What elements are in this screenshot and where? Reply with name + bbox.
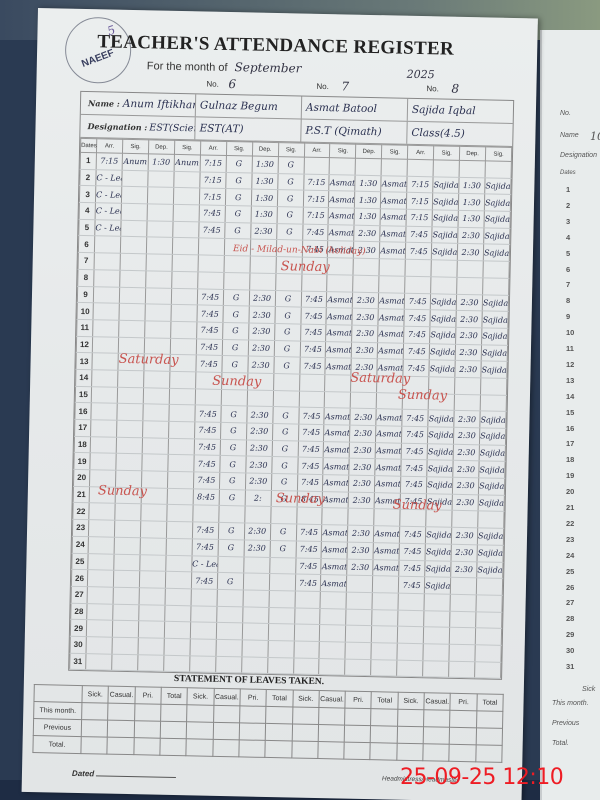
attendance-cell: Asmat [328,208,354,225]
leaves-cell [160,738,187,756]
attendance-cell [325,391,351,408]
attendance-cell [372,609,398,626]
leaves-cell [475,745,502,763]
attendance-cell: C - Leave - [96,169,122,186]
attendance-cell [268,640,294,657]
attendance-cell [113,587,139,604]
attendance-cell: Asmat [328,224,354,241]
attendance-cell [273,373,299,390]
attendance-grid: Name : Anum Iftikhar Gulnaz Begum Asmat … [68,91,514,680]
leaves-cell [161,704,188,722]
attendance-cell: 1:30 [148,154,174,171]
attendance-cell: G [225,206,251,223]
next-page-date-number: 18 [566,455,574,464]
attendance-cell [475,628,501,645]
attendance-cell: Sajida [477,528,503,545]
attendance-cell: 7:45 [194,455,220,472]
attendance-cell: Asmat [381,192,407,209]
designation-label: Designation : [84,121,147,132]
attendance-cell: 2:30 [249,306,275,323]
leaves-col-header: Pri. [240,689,267,707]
attendance-cell [296,507,322,524]
leaves-col-header: Total [371,692,398,710]
leaves-col-header: Sick. [398,692,425,710]
attendance-cell: Asmat [321,541,347,558]
attendance-cell: 7:45 [406,226,432,243]
attendance-cell [120,270,146,287]
attendance-cell: 2:30 [246,440,272,457]
attendance-cell: 7:45 [300,307,326,324]
attendance-cell: Sajida [425,544,451,561]
attendance-cell [454,394,480,411]
attendance-cell: 7:15 [407,193,433,210]
attendance-cell: 7:45 [191,572,217,589]
attendance-cell [197,272,223,289]
attendance-cell: 7:45 [400,526,426,543]
attendance-cell: 7:45 [301,291,327,308]
teacher-1-designation-cell: Designation : EST(Science) [80,115,194,139]
next-page-date-number: 26 [566,583,574,592]
attendance-cell [121,220,147,237]
attendance-cell: 7:45 [399,560,425,577]
attendance-cell: 7:45 [298,424,324,441]
attendance-cell: 2:30 [453,461,479,478]
attendance-cell: 1:30 [251,206,277,223]
attendance-cell [216,639,242,656]
attendance-cell: G [221,406,247,423]
attendance-cell: 2:30 [249,289,275,306]
attendance-cell: G [226,155,252,172]
leaves-cell [108,703,135,721]
attendance-cell: Asmat [376,426,402,443]
next-page-date-number: 21 [566,503,574,512]
attendance-cell: G [271,474,297,491]
attendance-cell: Sajida [478,478,504,495]
attendance-cell [476,595,502,612]
attendance-cell: Sajida [432,210,458,227]
attendance-cell [92,353,118,370]
attendance-cell: 7:15 [303,207,329,224]
attendance-cell: 7:45 [405,293,431,310]
attendance-cell: 7:45 [300,324,326,341]
attendance-cell [115,504,141,521]
attendance-cell [86,637,112,654]
attendance-cell: Sajida [433,193,459,210]
attendance-cell [247,390,273,407]
next-page-date-number: 10 [566,328,574,337]
attendance-cell [86,653,112,670]
attendance-cell: Asmat [326,341,352,358]
column-header-dep-t1: Dep. [148,140,174,155]
attendance-cell: 1:30 [251,189,277,206]
attendance-cell: Sajida [430,327,456,344]
attendance-cell: 2:30 [454,411,480,428]
date-cell: 3 [79,186,95,203]
date-cell: 7 [78,253,94,270]
next-page-date-number: 3 [566,217,570,226]
attendance-cell [86,620,112,637]
attendance-cell [116,454,142,471]
leaves-cell [212,739,239,757]
next-page-date-number: 16 [566,424,574,433]
attendance-cell [165,571,191,588]
attendance-cell [145,321,171,338]
attendance-cell [169,388,195,405]
leaves-cell [450,710,477,728]
attendance-cell: Sajida [425,577,451,594]
sunday-note-3: Sunday [398,388,447,404]
attendance-cell: 7:15 [303,190,329,207]
teacher-numbers: No. 6 No. 7 No. 8 [87,77,517,86]
leaves-cell [186,739,213,757]
teacher-1-designation: EST(Science) [149,122,195,134]
next-page-sick-label: Sick [582,686,595,693]
column-header-arr-t4: Arr. [408,145,434,160]
attendance-cell [90,436,116,453]
next-page-designation-label: Designation [560,152,597,159]
attendance-cell [424,610,450,627]
date-cell: 24 [72,536,88,553]
attendance-cell [91,386,117,403]
attendance-cell: G [222,356,248,373]
attendance-cell [116,437,142,454]
attendance-cell [294,624,320,641]
attendance-cell [88,520,114,537]
attendance-cell: 7:45 [404,309,430,326]
attendance-cell: 7:45 [192,539,218,556]
attendance-cell [169,405,195,422]
leaves-cell [291,741,318,759]
attendance-cell: 7:45 [297,457,323,474]
attendance-cell [122,170,148,187]
next-page-date-number: 11 [566,344,574,353]
attendance-cell: G [220,456,246,473]
attendance-cell [216,623,242,640]
attendance-cell: Asmat [321,575,347,592]
attendance-cell: Sajida [479,445,505,462]
attendance-cell: Asmat [379,292,405,309]
attendance-cell: 2:30 [353,292,379,309]
attendance-cell [423,627,449,644]
attendance-cell [165,588,191,605]
attendance-cell: 2:30 [455,361,481,378]
attendance-cell: 2:30 [246,423,272,440]
date-cell: 29 [70,620,86,637]
date-cell: 25 [72,553,88,570]
leaves-col-header: Pri. [135,687,162,705]
next-page-date-number: 6 [566,265,570,274]
column-header-dep-t3: Dep. [356,144,382,159]
next-page-name-value: 10 [590,130,600,143]
attendance-cell [198,238,224,255]
attendance-cell: Sajida [429,343,455,360]
attendance-cell [294,591,320,608]
attendance-cell [405,259,431,276]
attendance-cell: Asmat [323,475,349,492]
attendance-cell [270,507,296,524]
attendance-cell: Sajida [481,361,507,378]
teacher-2-name: Gulnaz Begum [195,94,301,118]
dated-line [96,775,176,778]
attendance-cell: 7:45 [401,476,427,493]
attendance-cell: G [274,340,300,357]
attendance-cell: Asmat [373,559,399,576]
attendance-cell [320,608,346,625]
attendance-cell [172,238,198,255]
next-page-date-number: 13 [566,376,574,385]
attendance-cell [267,657,293,674]
dated-label: Dated [72,769,94,778]
attendance-cell [249,273,275,290]
date-cell: 28 [71,603,87,620]
attendance-cell: 2:30 [349,458,375,475]
attendance-cell: Asmat [375,476,401,493]
attendance-cell [190,605,216,622]
date-cell: 22 [73,503,89,520]
attendance-cell [431,260,457,277]
attendance-cell [94,236,120,253]
attendance-cell: Asmat [324,425,350,442]
attendance-cell [327,258,353,275]
leaves-cell [134,721,161,739]
attendance-cell: Asmat [326,308,352,325]
attendance-cell [345,642,371,659]
attendance-cell: Asmat [323,458,349,475]
page-title: TEACHER'S ATTENDANCE REGISTER [97,31,454,60]
attendance-cell [242,606,268,623]
attendance-cell: Sajida [426,527,452,544]
attendance-cell: Sajida [427,477,453,494]
leaves-cell [239,706,266,724]
attendance-cell [166,538,192,555]
attendance-cell [189,655,215,672]
attendance-cell [215,656,241,673]
attendance-cell: 2:30 [455,344,481,361]
attendance-cell [198,255,224,272]
attendance-cell [320,591,346,608]
attendance-cell: 2:30 [244,540,270,557]
column-header-dates: Dates [80,138,96,152]
next-page-no-label: No. [560,110,571,117]
next-page-date-number: 29 [566,630,574,639]
attendance-cell: Sajida [430,293,456,310]
attendance-cell: 2:30 [350,442,376,459]
attendance-cell: G [218,539,244,556]
attendance-cell: Asmat [324,441,350,458]
dated-field: Dated [72,769,176,780]
leaves-cell [213,722,240,740]
attendance-cell [330,158,356,175]
leaves-title: STATEMENT OF LEAVES TAKEN. [174,674,324,687]
attendance-cell [87,570,113,587]
attendance-cell: Sajida [484,211,510,228]
attendance-cell [139,604,165,621]
attendance-cell [449,628,475,645]
attendance-cell [139,588,165,605]
attendance-cell [164,605,190,622]
column-header-sig-t4: Sig. [434,146,460,161]
attendance-cell [243,573,269,590]
next-page-date-number: 9 [566,312,570,321]
attendance-cell: 7:45 [298,407,324,424]
attendance-cell [87,603,113,620]
next-page-date-number: 20 [566,487,574,496]
attendance-cell: 2:30 [452,494,478,511]
attendance-cell: 2:30 [248,356,274,373]
date-cell: 19 [74,453,90,470]
date-cell: 11 [77,319,93,336]
attendance-cell: 7:15 [303,174,329,191]
attendance-cell: 7:45 [197,288,223,305]
attendance-cell [293,658,319,675]
attendance-cell: 7:45 [194,439,220,456]
attendance-cell: Sajida [480,411,506,428]
attendance-cell: 7:45 [195,405,221,422]
attendance-cell: 2:30 [453,477,479,494]
no-value-7: 7 [341,79,349,93]
leaves-cell [81,720,108,738]
attendance-cell [170,321,196,338]
attendance-cell: Sajida [427,460,453,477]
attendance-cell: 2:30 [350,408,376,425]
attendance-cell: Sajida [482,294,508,311]
attendance-cell: 2:30 [451,527,477,544]
attendance-cell [121,203,147,220]
leaves-cell [265,740,292,758]
no-value-6: 6 [228,77,236,91]
next-page-date-number: 7 [566,280,570,289]
no-label-6: No. [206,80,219,89]
attendance-cell [172,254,198,271]
attendance-cell [93,286,119,303]
attendance-cell: G [278,157,304,174]
attendance-cell [294,608,320,625]
leaves-cell [213,705,240,723]
sunday-note-4: Sunday [98,483,147,499]
leaves-cell [186,722,213,740]
attendance-cell [483,278,509,295]
attendance-cell [117,404,143,421]
attendance-cell [345,659,371,676]
attendance-cell [117,387,143,404]
attendance-cell: G [220,422,246,439]
date-cell: 14 [76,369,92,386]
attendance-cell: Asmat [322,525,348,542]
leaves-col-header: Casual. [424,693,451,711]
attendance-cell: 2:30 [352,342,378,359]
leaves-cell [397,743,424,761]
attendance-cell [293,641,319,658]
leaves-cell [239,723,266,741]
attendance-cell: 7:45 [296,541,322,558]
column-header-sig2-t1: Sig. [174,140,200,155]
attendance-cell [88,553,114,570]
attendance-cell: 7:45 [296,524,322,541]
attendance-cell [449,644,475,661]
attendance-cell: 7:45 [194,422,220,439]
attendance-cell [322,508,348,525]
attendance-cell: 7:45 [197,305,223,322]
attendance-cell: 7:45 [403,343,429,360]
leaves-cell [345,708,372,726]
leaves-cell [476,728,503,746]
column-header-arr-t1: Arr. [96,139,122,154]
attendance-cell [242,623,268,640]
leaves-cell [160,721,187,739]
next-page-total: Total. [552,740,569,747]
attendance-cell: Asmat [329,174,355,191]
leaves-col-header: Total [477,694,504,712]
attendance-cell: 7:15 [199,188,225,205]
attendance-cell [168,455,194,472]
attendance-cell: G [270,540,296,557]
next-page-date-number: 22 [566,519,574,528]
attendance-cell: 2:30 [348,525,374,542]
next-page-date-number: 24 [566,551,574,560]
attendance-cell: G [222,339,248,356]
attendance-cell: Sajida [482,328,508,345]
attendance-cell: 7:15 [406,209,432,226]
attendance-cell: 1:30 [458,194,484,211]
attendance-cell: Sajida [485,178,511,195]
leaves-col-header: Casual. [213,688,240,706]
attendance-cell [449,661,475,678]
attendance-cell [450,577,476,594]
attendance-cell: 1:30 [459,177,485,194]
leaves-col-header: Sick. [82,686,109,704]
attendance-cell: G [225,189,251,206]
attendance-cell [113,570,139,587]
date-cell: 15 [75,386,91,403]
attendance-cell: 2:30 [451,544,477,561]
attendance-cell [173,204,199,221]
leaves-cell [344,725,371,743]
attendance-cell [450,594,476,611]
attendance-cell [114,537,140,554]
leaves-corner-cell [34,685,82,703]
attendance-cell [250,256,276,273]
attendance-cell: 2:30 [456,294,482,311]
attendance-cell: G [223,289,249,306]
attendance-cell: Sajida [428,427,454,444]
next-page-date-number: 23 [566,535,574,544]
attendance-cell: 1:30 [354,208,380,225]
attendance-cell: 7:45 [198,222,224,239]
attendance-cell [355,158,381,175]
leaves-cell [134,704,161,722]
date-cell: 8 [78,269,94,286]
attendance-cell: 2:30 [354,225,380,242]
attendance-cell [217,556,243,573]
attendance-cell: 7:45 [300,341,326,358]
attendance-cell [299,391,325,408]
attendance-cell [119,303,145,320]
column-header-dep-t2: Dep. [252,142,278,157]
attendance-cell: G [272,407,298,424]
attendance-cell [114,554,140,571]
attendance-cell: 7:45 [399,576,425,593]
attendance-cell [171,305,197,322]
leaves-col-header: Total [161,687,188,705]
attendance-cell: 2:30 [250,223,276,240]
attendance-cell [87,587,113,604]
attendance-cell [164,622,190,639]
leaves-cell [423,744,450,762]
attendance-cell [146,254,172,271]
attendance-cell [304,157,330,174]
leaves-cell [397,709,424,727]
teacher-3-designation: P.S.T (Qimath) [300,120,406,144]
